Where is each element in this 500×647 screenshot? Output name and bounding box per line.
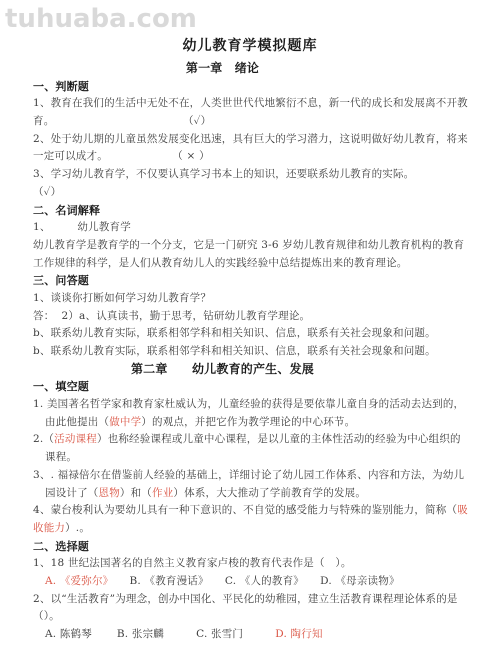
text-run: （）。 [33,610,60,622]
text-run: ）.。 [65,522,90,534]
judge-q2-line1: 2、处于幼儿期的儿童虽然发展变化迅速，具有巨大的学习潜力，这说明做好幼儿教育，将… [33,131,467,149]
text-run: 1、谈谈你打断如何学习幼儿教育学？ [33,292,211,304]
qa-a1-line3: b、联系幼儿教育实际，联系相邻学科和相关知识、信息，联系有关社会现象和问题。 [33,343,467,361]
section-heading-qa: 三、问答题 [33,272,467,290]
judge-q1-line2: 育。 （✓） [33,113,467,131]
text-run: 二、名词解释 [33,204,100,217]
text-run: 第一章 绪论 [186,61,259,75]
text-run: 1、 幼儿教育学 [33,221,131,233]
text-run: 4、蒙台梭利认为要幼儿具有一种下意识的、不自觉的感受能力与特殊的鉴别能力，简称（ [33,504,457,516]
choice-q1: 1、18 世纪法国著名的自然主义教育家卢梭的教育代表作是（ ）。 [33,555,467,573]
fill-q3-line1: 3、. 福禄倍尔在借鉴前人经验的基础上，详细讨论了幼儿园工作体系、内容和方法，为… [33,467,467,485]
term-q1: 1、 幼儿教育学 [33,219,467,237]
term-a1-line1: 幼儿教育学是教育学的一个分支，它是一门研究 3-6 岁幼儿教育规律和幼儿教育机构… [33,237,467,255]
chapter-1-heading: 第一章 绪论 [33,60,467,78]
chapter-2-heading: 第二章 幼儿教育的产生、发展 [33,361,467,379]
text-run: 答： 2）a、认真读书，勤于思考，钻研幼儿教育学理论。 [33,310,310,322]
text-run: 一、填空题 [33,380,89,393]
judge-q2-line2: 一定可以成才。 （ × ） [33,148,467,166]
section-heading-choice: 二、选择题 [33,538,467,556]
text-run: 1. 美国著名哲学家和教育家杜威认为，儿童经验的获得是要依靠儿童自身的活动去达到… [33,398,464,410]
section-heading-judgement: 一、判断题 [33,78,467,96]
text-run: 1、教育在我们的生活中无处不在，人类世世代代地繁衍不息，新一代的成长和发展离不开… [33,97,468,109]
watermark: tuhuaba.com [5,4,197,34]
text-run: ）的观点，并把它作为教学理论的中心环节。 [141,416,355,428]
text-run: 课程。 [45,451,77,463]
text-run: A. 陈鹤琴 B. 张宗麟 C. 张雪门 [45,628,275,640]
choice-q2-line2: （）。 [33,608,467,626]
text-run: 一、判断题 [33,80,89,93]
answer-highlight: 吸 [457,504,468,516]
document-page: tuhuaba.com 幼儿教育学模拟题库 第一章 绪论一、判断题1、教育在我们… [0,0,500,647]
text-run: 育。 （✓） [33,115,211,127]
text-run: 第二章 幼儿教育的产生、发展 [131,362,314,376]
text-run: B. 《教育漫话》 C. 《人的教育》 D. 《母亲读物》 [108,575,400,587]
choice-q1-options: A. 《爱弥尔》 B. 《教育漫话》 C. 《人的教育》 D. 《母亲读物》 [33,573,467,591]
judge-q1-line1: 1、教育在我们的生活中无处不在，人类世世代代地繁衍不息，新一代的成长和发展离不开… [33,95,467,113]
answer-highlight: 作业 [152,487,173,499]
text-run: 2、以“生活教育”为理念，创办中国化、平民化的幼稚园，建立生活教育课程理论体系的… [33,593,458,605]
text-run: 2、处于幼儿期的儿童虽然发展变化迅速，具有巨大的学习潜力，这说明做好幼儿教育，将… [33,133,468,145]
fill-q1-line1: 1. 美国著名哲学家和教育家杜威认为，儿童经验的获得是要依靠儿童自身的活动去达到… [33,396,467,414]
choice-q2-line1: 2、以“生活教育”为理念，创办中国化、平民化的幼稚园，建立生活教育课程理论体系的… [33,591,467,609]
term-a1-line2: 工作规律的科学，是人们从教育幼儿人的实践经验中总结提炼出来的教育理论。 [33,255,467,273]
text-run: b、联系幼儿教育实际，联系相邻学科和相关知识、信息，联系有关社会现象和问题。 [33,345,436,357]
text-run: 1、18 世纪法国著名的自然主义教育家卢梭的教育代表作是（ ）。 [33,557,352,569]
text-run: 幼儿教育学是教育学的一个分支，它是一门研究 3-6 岁幼儿教育规律和幼儿教育机构… [33,239,464,251]
answer-highlight: 做中学 [109,416,141,428]
judge-q3-line2: （✓） [33,184,467,202]
text-run: ）也称经验课程或儿童中心课程，是以儿童的主体性活动的经验为中心组织的 [97,433,461,445]
answer-highlight: 活动课程 [54,433,97,445]
answer-highlight: 恩物 [99,487,120,499]
text-run: ）体系，大大推动了学前教育学的发展。 [173,487,366,499]
qa-q1: 1、谈谈你打断如何学习幼儿教育学？ [33,290,467,308]
text-run: 3、. 福禄倍尔在借鉴前人经验的基础上，详细讨论了幼儿园工作体系、内容和方法，为… [33,469,464,481]
answer-highlight: A. 《爱弥尔》 [45,575,108,587]
text-run: 园设计了（ [45,487,99,499]
fill-q4-line1: 4、蒙台梭利认为要幼儿具有一种下意识的、不自觉的感受能力与特殊的鉴别能力，简称（… [33,502,467,520]
choice-q2-options: A. 陈鹤琴 B. 张宗麟 C. 张雪门 D. 陶行知 [33,626,467,644]
text-run: 三、问答题 [33,274,89,287]
judge-q3-line1: 3、学习幼儿教育学，不仅要认真学习书本上的知识，还要联系幼儿教育的实际。 [33,166,467,184]
fill-q1-line2: 由此他提出（做中学）的观点，并把它作为教学理论的中心环节。 [33,414,467,432]
section-heading-fill: 一、填空题 [33,378,467,396]
text-run: 工作规律的科学，是人们从教育幼儿人的实践经验中总结提炼出来的教育理论。 [33,257,408,269]
fill-q4-line2: 收能力）.。 [33,520,467,538]
fill-q2-line1: 2.（活动课程）也称经验课程或儿童中心课程，是以儿童的主体性活动的经验为中心组织… [33,431,467,449]
text-run: 二、选择题 [33,540,89,553]
document-body: 第一章 绪论一、判断题1、教育在我们的生活中无处不在，人类世世代代地繁衍不息，新… [0,60,500,644]
section-heading-terms: 二、名词解释 [33,202,467,220]
fill-q3-line2: 园设计了（恩物）和（作业）体系，大大推动了学前教育学的发展。 [33,485,467,503]
text-run: 一定可以成才。 （ × ） [33,150,210,162]
text-run: 由此他提出（ [45,416,109,428]
text-run: ）和（ [120,487,152,499]
text-run: b、联系幼儿教育实际，联系相邻学科和相关知识、信息，联系有关社会现象和问题。 [33,327,436,339]
answer-highlight: 收能力 [33,522,65,534]
text-run: 2.（ [33,433,54,445]
qa-a1-line1: 答： 2）a、认真读书，勤于思考，钻研幼儿教育学理论。 [33,308,467,326]
text-run: 3、学习幼儿教育学，不仅要认真学习书本上的知识，还要联系幼儿教育的实际。 [33,168,414,180]
text-run: （✓） [33,186,61,198]
qa-a1-line2: b、联系幼儿教育实际，联系相邻学科和相关知识、信息，联系有关社会现象和问题。 [33,325,467,343]
page-title: 幼儿教育学模拟题库 [0,34,500,58]
fill-q2-line2: 课程。 [33,449,467,467]
answer-highlight: D. 陶行知 [275,628,322,640]
